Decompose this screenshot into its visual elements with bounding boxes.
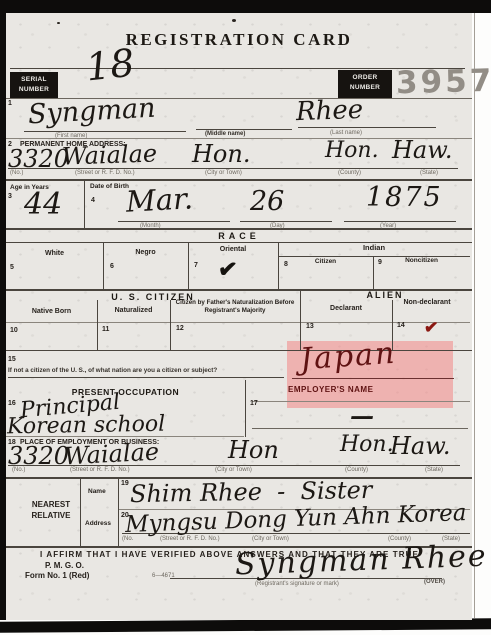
race-col-indian-citizen: Citizen [278,258,373,266]
field-number-16: 16 [8,400,16,407]
birth-day-value: 26 [250,188,284,215]
divider [84,181,85,228]
divider [170,300,171,350]
serial-number-value: 18 [84,44,136,87]
divider [292,378,454,379]
home-address-city: Hon. [192,142,250,166]
race-indian-header: Indian [278,243,470,252]
field-number-3: 3 [8,193,12,200]
state-caption: (State) [425,467,443,473]
relative-name-label: Name [88,488,106,496]
registrant-signature: Syngman Rhee [235,542,489,581]
middle-name-caption: (Middle name) [205,131,245,137]
home-address-county: Hon. [325,140,379,162]
nearest-relative-header: NEAREST RELATIVE [22,499,80,521]
field-number-15: 15 [8,356,16,363]
city-caption: (City or Town) [205,170,242,176]
day-caption: (Day) [270,223,285,229]
nation-answer: Japan [299,339,397,376]
street-caption: (Street or R. F. D. No.) [160,536,220,542]
divider [6,350,472,351]
age-value: 44 [24,190,62,220]
employment-city: Hon [228,438,279,462]
card-title: REGISTRATION CARD [6,30,472,50]
field-number-17: 17 [250,400,258,407]
relative-address-label: Address [85,520,111,528]
field-number-10: 10 [10,327,18,334]
last-name-value: Rhee [296,97,364,125]
scanned-registration-card: REGISTRATION CARD SERIAL NUMBER 18 ORDER… [0,0,491,635]
city-caption: (City or Town) [252,536,289,542]
home-address-state: Haw. [392,138,453,162]
county-caption: (County) [345,467,368,473]
street-caption: (Street or R. F. D. No.) [75,170,135,176]
field-number-4: 4 [91,197,95,204]
last-name-caption: (Last name) [330,130,362,136]
order-number-value: 3957 [396,63,491,102]
occupation-line2: Korean school [7,414,166,439]
county-caption: (County) [338,170,361,176]
divider [24,131,186,132]
birth-year-value: 1875 [366,184,443,211]
employment-state: Haw. [390,434,451,458]
alien-col-declarant: Declarant [300,305,392,313]
first-name-caption: (First name) [55,133,87,139]
alien-col-non-declarant: Non-declarant [402,299,452,308]
field-number-6: 6 [110,263,114,270]
state-caption: (State) [420,170,438,176]
divider [344,221,456,222]
non-declarant-check-mark: ✔ [423,318,439,339]
relative-name-value: Shim Rhee - Sister [130,478,373,506]
divider [80,477,81,546]
field-number-9: 9 [378,259,382,266]
field-number-12: 12 [176,325,184,332]
citizen-col-father-naturalization: Citizen by Father's Naturalization Befor… [172,299,298,315]
field-number-5: 5 [10,264,14,271]
signature-caption: (Registrant's signature or mark) [255,581,339,587]
no-caption: (No.) [10,170,23,176]
card-right-edge [474,13,475,618]
field-number-8: 8 [284,261,288,268]
footer-org: P. M. G. O. [45,561,84,571]
order-number-label: ORDER NUMBER [338,70,392,98]
divider [196,129,292,130]
race-header: RACE [6,231,472,241]
scan-border-top [0,0,491,13]
footer-print-code: 6—4671 [152,573,175,579]
scan-speckle [57,22,60,24]
first-name-value: Syngman [27,95,156,129]
home-address-street: Waialae [62,141,158,168]
employment-no: 3320 [8,444,69,468]
divider [6,228,472,230]
year-caption: (Year) [380,223,396,229]
nation-question: If not a citizen of the U. S., of what n… [8,367,217,375]
birth-label: Date of Birth [90,183,129,191]
divider [118,221,230,222]
scan-border-bottom [0,618,491,633]
city-caption: (City or Town) [215,467,252,473]
employer-value: — [350,404,374,428]
divider [240,221,332,222]
nearest-relative-line1: NEAREST [32,500,70,509]
divider [298,127,436,128]
race-col-negro: Negro [103,249,188,257]
birth-month-value: Mar. [125,184,193,216]
scan-speckle [232,19,236,22]
divider [8,377,284,378]
field-number-1: 1 [8,100,12,107]
street-caption: (Street or R. F. D. No.) [70,467,130,473]
divider [118,477,119,546]
no-caption: (No.) [12,467,25,473]
scan-surface: REGISTRATION CARD SERIAL NUMBER 18 ORDER… [0,0,491,635]
race-col-oriental: Oriental [188,246,278,254]
employer-name-header: EMPLOYER'S NAME [288,385,373,395]
oriental-check-mark: ✔ [217,255,239,284]
race-col-indian-noncitizen: Noncitizen [373,257,470,265]
field-number-14: 14 [397,322,405,329]
divider [6,179,472,181]
citizen-col-naturalized: Naturalized [97,307,170,315]
field-number-11: 11 [102,326,109,333]
serial-number-label: SERIAL NUMBER [10,72,58,98]
field-number-19: 19 [121,480,129,487]
nearest-relative-line2: RELATIVE [32,511,71,520]
home-address-no: 3320 [8,147,69,171]
footer-form-number: Form No. 1 (Red) [25,571,89,581]
citizen-col-native-born: Native Born [6,308,97,316]
no-caption: (No. [122,536,133,542]
month-caption: (Month) [140,223,161,229]
field-number-7: 7 [194,262,198,269]
field-number-13: 13 [306,323,314,330]
over-label: (OVER) [424,579,445,585]
race-col-white: White [6,250,103,258]
employment-county: Hon. [340,434,394,456]
employment-street: Waialae [63,440,159,469]
divider [245,380,246,437]
